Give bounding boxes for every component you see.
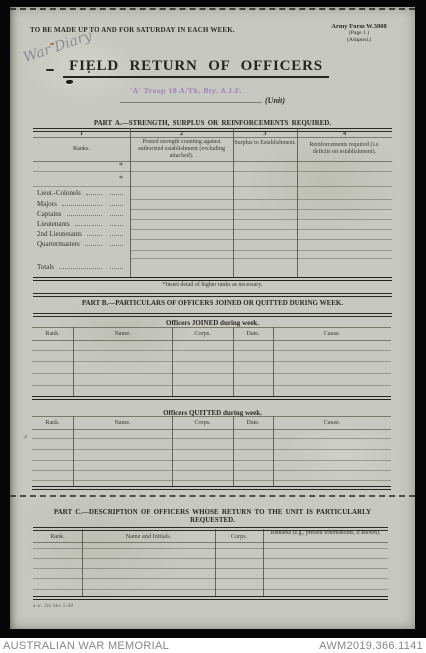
row-line xyxy=(33,589,388,590)
perforation-line xyxy=(10,495,415,497)
row-line xyxy=(33,171,392,172)
column-divider xyxy=(273,327,274,396)
rank-row: 2nd Lieutenants xyxy=(37,230,126,238)
column-number-3: 3 xyxy=(233,130,297,137)
row-line xyxy=(33,137,392,138)
column-header-surplus: Surplus to Establishment. xyxy=(234,140,296,147)
row-line xyxy=(32,480,391,481)
row-line xyxy=(33,578,388,579)
heavy-rule xyxy=(32,486,391,490)
leader-dots xyxy=(110,244,123,246)
pencil-mark: ✗ xyxy=(22,434,28,442)
paper-hole xyxy=(66,80,73,84)
footnote-marker: * xyxy=(33,174,123,183)
form-title: FIELD RETURN OF OFFICERS xyxy=(63,58,329,78)
row-line xyxy=(130,219,392,220)
column-header-rank: Rank. xyxy=(33,533,82,540)
institution-name: AUSTRALIAN WAR MEMORIAL xyxy=(3,640,169,652)
column-divider xyxy=(233,128,234,277)
rank-row: Majors xyxy=(37,200,126,208)
scan-viewport: TO BE MADE UP TO AND FOR SATURDAY IN EAC… xyxy=(0,0,426,653)
leader-dots xyxy=(110,224,123,226)
column-number-4: 4 xyxy=(297,130,392,137)
rank-row: Captains xyxy=(37,210,126,218)
row-line xyxy=(32,429,391,430)
column-header-ranks: Ranks. xyxy=(33,145,130,152)
heavy-rule xyxy=(33,293,392,297)
column-header-cause: Cause. xyxy=(273,419,391,426)
heavy-rule xyxy=(33,277,392,281)
leader-dots xyxy=(75,224,102,226)
unit-fill-line xyxy=(120,102,262,103)
column-divider xyxy=(273,416,274,486)
part-c-table: Rank. Name and Initials. Corps. Remarks … xyxy=(33,527,388,599)
form-reference: Army Form W.3008 (Page 1.) (Adapted.) xyxy=(310,23,408,43)
leader-dots xyxy=(86,193,102,195)
rank-row: Quartermasters xyxy=(37,240,126,248)
row-line xyxy=(33,558,388,559)
column-number-2: 2 xyxy=(130,130,233,137)
heavy-rule xyxy=(33,596,388,600)
row-line xyxy=(32,438,391,439)
unit-stamp: 'A' Troop 18 A/Tk. Bty. A.I.F. xyxy=(10,86,362,95)
row-line xyxy=(32,470,391,471)
leader-dots xyxy=(85,244,102,246)
column-header-name: Name. xyxy=(73,330,172,337)
form-adapted-note: (Adapted.) xyxy=(310,37,408,44)
totals-row: Totals xyxy=(37,263,126,271)
footnote-marker: * xyxy=(33,161,123,170)
form-title-wrap: FIELD RETURN OF OFFICERS xyxy=(10,57,382,78)
rank-label: Lieut.-Colonels xyxy=(37,189,81,197)
heavy-rule xyxy=(32,396,391,400)
part-a-table: 1 2 3 4 Ranks. Posted strength counting … xyxy=(33,128,392,280)
column-divider xyxy=(130,128,131,277)
leader-dots xyxy=(67,214,103,216)
row-line xyxy=(32,350,391,351)
officers-joined-heading: Officers JOINED during week. xyxy=(10,319,415,327)
column-divider xyxy=(297,128,298,277)
column-divider xyxy=(73,416,74,486)
column-header-reinforcements: Reinforcements required (i.e. deficits o… xyxy=(300,142,389,156)
row-line xyxy=(32,460,391,461)
row-line xyxy=(33,186,392,187)
row-line xyxy=(33,542,388,543)
row-line xyxy=(32,416,391,417)
column-divider xyxy=(233,327,234,396)
row-line xyxy=(33,548,388,549)
leader-dots xyxy=(87,234,102,236)
form-number: Army Form W.3008 xyxy=(310,23,408,30)
rank-label: Majors xyxy=(37,200,57,208)
column-header-name-initials: Name and Initials. xyxy=(82,533,215,540)
column-divider xyxy=(215,529,216,596)
perforation-edge-top xyxy=(10,8,415,10)
column-header-remarks: Remarks (e.g., present whereabouts, if k… xyxy=(264,530,387,536)
column-header-date: Date. xyxy=(233,330,273,337)
row-line xyxy=(130,209,392,210)
rank-row: Lieutenants xyxy=(37,220,126,228)
column-divider xyxy=(82,529,83,596)
row-line xyxy=(32,449,391,450)
archive-footer: AUSTRALIAN WAR MEMORIAL AWM2019.366.1141 xyxy=(0,638,426,653)
row-line xyxy=(130,250,392,251)
row-line xyxy=(32,327,391,328)
rank-label: Quartermasters xyxy=(37,240,80,248)
weekly-instruction: TO BE MADE UP TO AND FOR SATURDAY IN EAC… xyxy=(30,26,235,34)
officers-quitted-table: Rank. Name. Corps. Date. Cause. xyxy=(32,416,391,489)
leader-dots xyxy=(110,267,123,269)
column-header-corps: Corps. xyxy=(172,330,233,337)
column-divider xyxy=(233,416,234,486)
column-header-rank: Rank. xyxy=(32,419,73,426)
column-header-cause: Cause. xyxy=(273,330,391,337)
leader-dots xyxy=(62,204,102,206)
totals-label: Totals xyxy=(37,263,54,271)
column-divider xyxy=(73,327,74,396)
leader-dots xyxy=(110,193,123,195)
rank-label: 2nd Lieutenants xyxy=(37,230,82,238)
column-header-posted-strength: Posted strength counting against authori… xyxy=(132,139,231,160)
column-divider xyxy=(172,327,173,396)
column-header-corps: Corps. xyxy=(172,419,233,426)
part-b-heading: PART B.—PARTICULARS OF OFFICERS JOINED O… xyxy=(10,299,415,307)
column-header-rank: Rank. xyxy=(32,330,73,337)
row-line xyxy=(130,258,392,259)
rank-row: Lieut.-Colonels xyxy=(37,189,126,197)
leader-dots xyxy=(110,214,123,216)
column-header-name: Name. xyxy=(73,419,172,426)
scanned-document: TO BE MADE UP TO AND FOR SATURDAY IN EAC… xyxy=(10,7,415,629)
rank-label: Captains xyxy=(37,210,62,218)
part-a-heading: PART A.—STRENGTH, SURPLUS OR REINFORCEME… xyxy=(10,119,415,127)
row-line xyxy=(32,373,391,374)
column-header-date: Date. xyxy=(233,419,273,426)
row-line xyxy=(130,229,392,230)
officers-joined-table: Rank. Name. Corps. Date. Cause. xyxy=(32,327,391,399)
part-a-footnote: *Insert detail of higher ranks as necess… xyxy=(10,282,415,288)
column-header-corps: Corps. xyxy=(215,533,263,540)
leader-dots xyxy=(110,234,123,236)
leader-dots xyxy=(59,267,102,269)
leader-dots xyxy=(110,204,123,206)
heavy-rule xyxy=(33,313,392,317)
row-line xyxy=(32,385,391,386)
unit-label: (Unit) xyxy=(265,96,285,105)
rank-label: Lieutenants xyxy=(37,220,70,228)
row-line xyxy=(32,340,391,341)
accession-number: AWM2019.366.1141 xyxy=(319,640,423,652)
pencil-dash-mark xyxy=(46,69,54,71)
row-line xyxy=(32,361,391,362)
part-c-heading: PART C.—DESCRIPTION OF OFFICERS WHOSE RE… xyxy=(45,508,380,524)
column-divider xyxy=(263,529,264,596)
row-line xyxy=(130,199,392,200)
printer-code: a.w. 2m bks 5/40 xyxy=(33,604,73,609)
row-line xyxy=(33,568,388,569)
column-number-1: 1 xyxy=(33,130,130,137)
column-divider xyxy=(172,416,173,486)
row-line xyxy=(130,239,392,240)
